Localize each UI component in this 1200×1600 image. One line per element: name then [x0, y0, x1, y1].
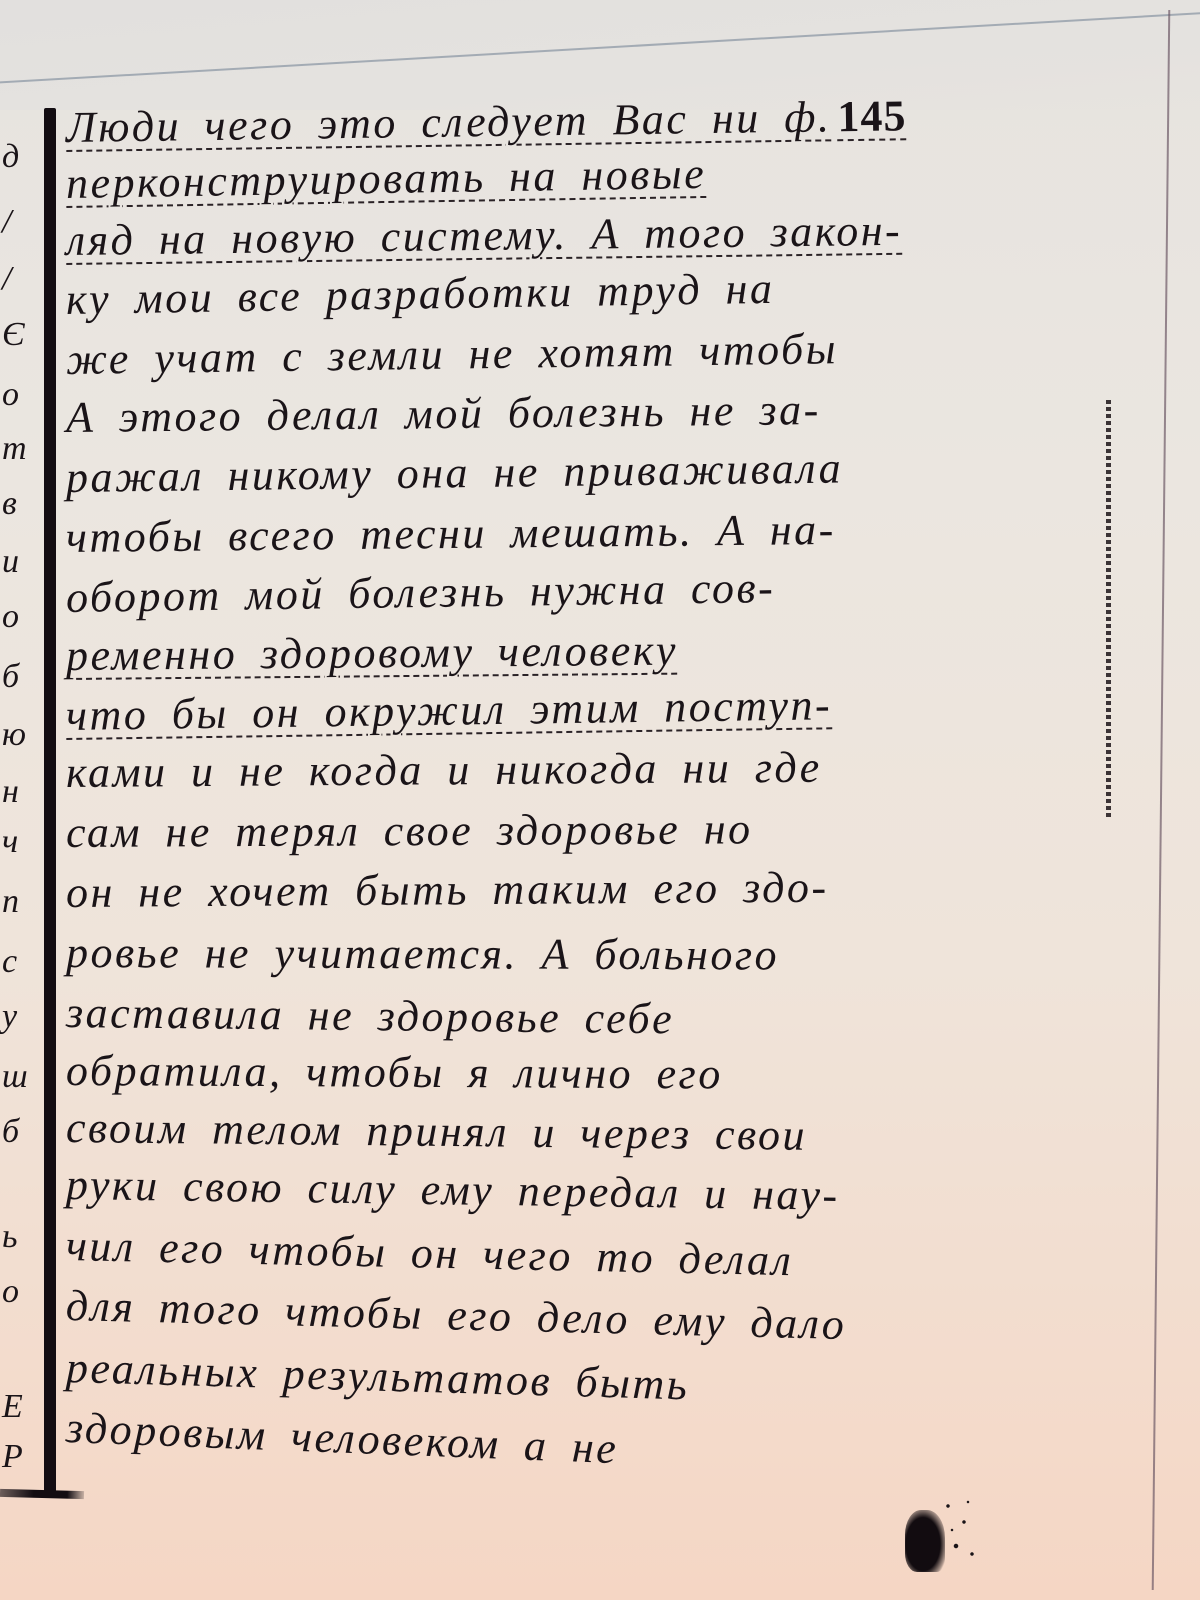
bleed-char: Є [2, 318, 25, 352]
bleed-char: б [2, 1115, 19, 1149]
text-line: Люди чего это следует Вас ни ф.145 [66, 90, 907, 153]
bleed-char: д [2, 140, 19, 174]
bleed-char: т [2, 432, 27, 466]
text-line: ками и не когда и никогда ни где [66, 742, 822, 798]
text-line: А этого делал мой болезнь не за- [66, 384, 821, 443]
bleed-char: Е [2, 1390, 23, 1424]
bleed-char: о [2, 378, 19, 412]
page-edge-right [1152, 10, 1170, 1590]
bleed-char: у [2, 1000, 17, 1034]
bleed-char: / [2, 262, 11, 296]
text-line: реальных результатов быть [65, 1342, 690, 1410]
right-margin-dotted-line [1106, 400, 1111, 820]
ink-speckle [940, 1490, 980, 1570]
text-line: перконструировать на новые [66, 148, 707, 209]
paper-top-fold [0, 0, 1200, 110]
text-line: оборот мой болезнь нужна сов- [66, 562, 776, 623]
text-line: чил его чтобы он чего то делал [65, 1220, 793, 1286]
ink-blot [905, 1510, 945, 1572]
text-line: для того чтобы его дело ему дало [65, 1280, 847, 1350]
text-line: ляд на новую систему. А того закон- [66, 205, 903, 266]
text-line: ражал никому она не приваживала [66, 443, 844, 503]
previous-page-margin-bleed: д / / Є о т в и о б ю н ч п с у ш б ь о … [0, 0, 40, 1600]
text-line: ку мои все разработки труд на [66, 263, 775, 325]
text-line: обратила, чтобы я лично его [66, 1045, 723, 1099]
text-line: же учат с земли не хотят чтобы [66, 323, 839, 385]
text-line: ременно здоровому человеку [66, 625, 678, 681]
left-margin-rule [44, 108, 56, 1493]
text-line: своим телом принял и через свои [66, 1102, 808, 1161]
bleed-char: б [2, 660, 19, 694]
bleed-char: ь [2, 1220, 17, 1254]
bleed-char: о [2, 600, 19, 634]
text-line: заставила не здоровье себе [66, 987, 675, 1044]
bleed-char: ч [2, 825, 18, 859]
text-line: что бы он окружил этим поступ- [66, 679, 833, 741]
text-line: чтобы всего тесни мешать. А на- [66, 504, 836, 563]
text-line: он не хочет быть таким его здо- [66, 862, 829, 918]
text-line: ровье не учитается. А больного [66, 927, 779, 980]
page-number: 145 [837, 91, 907, 141]
bleed-char: ю [2, 718, 26, 752]
line-text: Люди чего это следует Вас ни ф. [66, 92, 832, 152]
text-line: сам не терял свое здоровье но [66, 803, 753, 858]
bleed-char: п [2, 885, 19, 919]
bleed-char: с [2, 945, 17, 979]
text-line: здоровым человеком а не [65, 1402, 619, 1474]
bleed-char: Р [2, 1440, 23, 1474]
bleed-char: ш [2, 1060, 28, 1094]
bleed-char: / [2, 205, 11, 239]
bleed-char: н [2, 775, 19, 809]
bleed-char: в [2, 487, 17, 521]
bleed-char: о [2, 1275, 19, 1309]
text-line: руки свою силу ему передал и нау- [66, 1159, 840, 1221]
bleed-char: и [2, 545, 19, 579]
